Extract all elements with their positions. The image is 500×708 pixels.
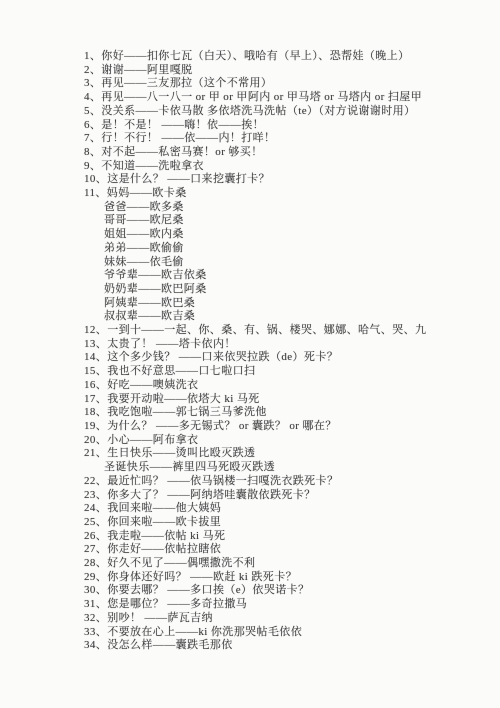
phrase-line: 2、谢谢——阿里嘎脱: [84, 64, 470, 78]
phrase-line: 21、生日快乐——烫叫比殴灭跌透: [84, 447, 470, 461]
phrase-line: 11、妈妈——欧卡桑: [84, 187, 470, 201]
phrase-line: 1、你好——扣你七瓦（白天）、哦哈有（早上）、恐帮娃（晚上）: [84, 50, 470, 64]
phrase-line: 8、对不起——私密马赛！or 够买！: [84, 146, 470, 160]
phrase-line: 12、一到十——一起、你、桑、有、锅、楼哭、娜娜、哈气、哭、九: [84, 324, 470, 338]
phrase-line: 弟弟——欧偷偷: [84, 242, 470, 256]
phrase-line: 34、没怎么样——囊跌毛那依: [84, 639, 470, 653]
phrase-line: 13、太贵了！ ——塔卡依内！: [84, 338, 470, 352]
phrase-line: 32、别吵！ ——萨瓦吉纳: [84, 612, 470, 626]
phrase-line: 24、我回来啦——他大姨妈: [84, 502, 470, 516]
phrase-line: 妹妹——依毛偷: [84, 256, 470, 270]
phrase-line: 奶奶辈——欧巴阿桑: [84, 283, 470, 297]
phrase-line: 6、是！不是！ ——嗨！依——挨！: [84, 119, 470, 133]
phrase-line: 5、没关系——卡依马散 多依塔洗马洗帖（te）（对方说谢谢时用）: [84, 105, 470, 119]
phrase-line: 10、这是什么？ ——口来挖囊打卡？: [84, 173, 470, 187]
phrase-line: 阿姨辈——欧巴桑: [84, 297, 470, 311]
phrase-line: 15、我也不好意思——口七啦口扫: [84, 365, 470, 379]
phrase-line: 27、你走好——依帖拉瞎依: [84, 543, 470, 557]
document-page: 1、你好——扣你七瓦（白天）、哦哈有（早上）、恐帮娃（晚上）2、谢谢——阿里嘎脱…: [0, 0, 500, 708]
phrase-line: 25、你回来啦——欧卡拔里: [84, 516, 470, 530]
phrase-line: 爸爸——欧多桑: [84, 201, 470, 215]
phrase-list: 1、你好——扣你七瓦（白天）、哦哈有（早上）、恐帮娃（晚上）2、谢谢——阿里嘎脱…: [84, 50, 470, 653]
phrase-line: 叔叔辈——欧吉桑: [84, 310, 470, 324]
phrase-line: 17、我要开动啦——依塔大 ki 马死: [84, 393, 470, 407]
phrase-line: 姐姐——欧内桑: [84, 228, 470, 242]
phrase-line: 圣诞快乐——裤里四马死殴灭跌透: [84, 461, 470, 475]
phrase-line: 26、我走啦——依帖 ki 马死: [84, 530, 470, 544]
phrase-line: 19、为什么？ ——多无锡式？ or 囊跌？ or 哪在？: [84, 420, 470, 434]
phrase-line: 29、你身体还好吗？ ——欧赶 ki 跌死卡？: [84, 571, 470, 585]
phrase-line: 23、你多大了？ ——阿纳塔哇囊散依跌死卡？: [84, 489, 470, 503]
phrase-line: 16、好吃——噢姨洗衣: [84, 379, 470, 393]
phrase-line: 7、行！不行！ ——依——内！打咩！: [84, 132, 470, 146]
phrase-line: 9、不知道——洗啦拿衣: [84, 160, 470, 174]
phrase-line: 14、这个多少钱？ ——口来依哭拉跌（de）死卡？: [84, 351, 470, 365]
phrase-line: 28、好久不见了——偶嘿撒洗不利: [84, 557, 470, 571]
phrase-line: 4、再见——八一八一 or 甲 or 甲阿内 or 甲马塔 or 马塔内 or …: [84, 91, 470, 105]
phrase-line: 3、再见——三友那拉（这个不常用）: [84, 77, 470, 91]
phrase-line: 30、你要去哪？ ——多口挨（e）依哭诺卡？: [84, 584, 470, 598]
phrase-line: 爷爷辈——欧吉依桑: [84, 269, 470, 283]
phrase-line: 33、不要放在心上——ki 你洗那哭帖毛依依: [84, 626, 470, 640]
phrase-line: 31、您是哪位？ ——多奇拉撒马: [84, 598, 470, 612]
phrase-line: 20、小心——阿布拿衣: [84, 434, 470, 448]
phrase-line: 哥哥——欧尼桑: [84, 214, 470, 228]
phrase-line: 22、最近忙吗？ ——依马锅楼一扫嘎洗衣跌死卡？: [84, 475, 470, 489]
phrase-line: 18、我吃饱啦——郭七锅三马爹洗他: [84, 406, 470, 420]
